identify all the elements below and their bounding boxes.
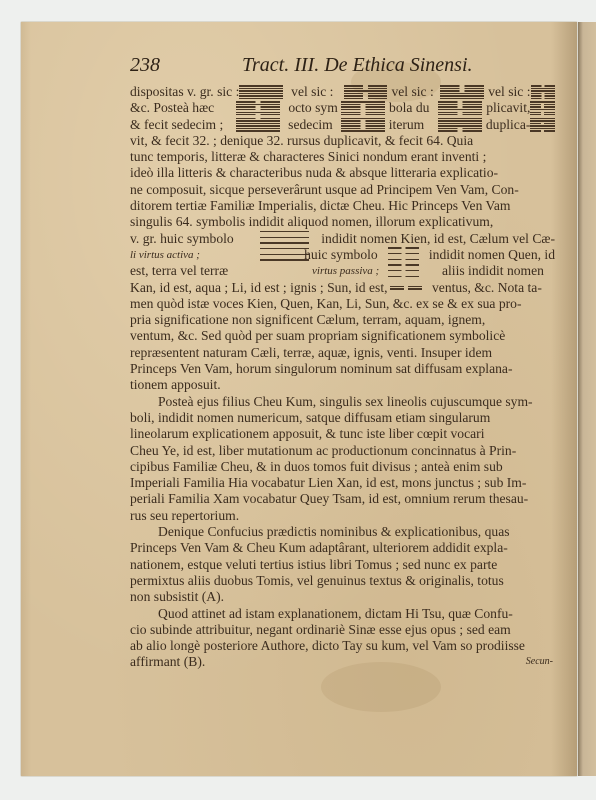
adjacent-page-edge [578,22,596,776]
text-line: cio subinde attribuitur, negant ordinari… [130,622,555,638]
symbol-row: &c. Posteà hæc octo sym bola du plicavit… [130,100,555,116]
paragraph-2: Posteà ejus filius Cheu Kum, singulis se… [130,394,555,524]
hexagram-icon [438,101,482,115]
text-cell: &c. Posteà hæc [130,100,236,116]
hexagram-icon [239,85,283,99]
quen-row: li virtus activa ; huic symbolo indidit … [130,247,555,263]
text-line: Imperiali Familia Hia vocabatur Lien Xan… [130,475,555,491]
hexagram-icon [531,85,556,99]
text-row: Kan, id est, aqua ; Li, id est ; ignis ;… [130,280,555,296]
text-line: Denique Confucius prædictis nominibus & … [130,524,555,540]
paragraph-3: Denique Confucius prædictis nominibus & … [130,524,555,605]
text-line: cipibus Familiæ Cheu, & in duos tomos fu… [130,459,555,475]
hexagram-icon [236,118,280,132]
text-line: ab alio longè posteriore Authore, dicto … [130,638,555,654]
text-line: periali Familia Xam vocabatur Quey Tsam,… [130,491,555,507]
text-line: Quod attinet ad istam explanationem, dic… [130,606,555,622]
text-cell: Kan, id est, aqua ; Li, id est ; ignis ;… [130,280,390,296]
text-line: tunc temporis, litteræ & characteres Sin… [130,149,555,165]
hexagram-icon [341,101,385,115]
text-cell: huic symbolo [304,247,388,263]
kien-row: v. gr. huic symbolo indidit nomen Kien, … [130,231,555,247]
text-cell: octo sym [280,100,341,116]
text-line: men quòd istæ voces Kien, Quen, Kan, Li,… [130,296,555,312]
hexagram-icon [530,118,555,132]
text-cell: est, terra vel terræ [130,263,312,279]
text-line: singulis 64. symbolis indidit aliquod no… [130,214,555,230]
text-line: Princeps Ven Vam & Cheu Kum adaptârant, … [130,540,555,556]
hexagram-icon [341,118,385,132]
text-cell: dispositas v. gr. sic : [130,84,239,100]
text-cell: indidit nomen Kien, id est, Cælum vel Cæ… [309,231,555,247]
symbol-row: dispositas v. gr. sic : vel sic : vel si… [130,84,555,100]
text-line: tionem apposuit. [130,377,555,393]
catchword: Secun- [526,654,553,670]
text-cell: iterum [385,117,438,133]
paragraph-4: Quod attinet ad istam explanationem, dic… [130,606,555,671]
hexagram-icon [438,118,482,132]
text-line: repræsentent naturam Cæli, terræ, aquæ, … [130,345,555,361]
text-line: pria significatione non significent Cælu… [130,312,555,328]
text-line: ditorem tertiæ Familiæ Imperialis, dictæ… [130,198,555,214]
hexagram-icon [344,85,388,99]
hexagram-icon [530,101,555,115]
running-title: Tract. III. De Ethica Sinensi. [242,54,473,77]
text-line: Cheu Ye, id est, liber mutationum ac pro… [130,443,555,459]
text-line: rus seu repertorium. [130,508,555,524]
text-cell: vel sic : [387,84,440,100]
hexagram-icon [236,101,280,115]
text-line: Posteà ejus filius Cheu Kum, singulis se… [130,394,555,410]
page-number: 238 [130,54,160,77]
text-cell: plicavit, [482,100,530,116]
page-header: 238 Tract. III. De Ethica Sinensi. [130,54,555,80]
symbol-row: & fecit sedecim ; sedecim iterum duplica… [130,117,555,133]
text-row: est, terra vel terræ virtus passiva ; al… [130,263,555,279]
text-line: permixtus aliis duobus Tomis, vel genuin… [130,573,555,589]
text-line: non subsistit (A). [130,589,555,605]
text-fragment: affirmant (B). [130,654,205,669]
text-line: boli, indidit nomen numericum, satque di… [130,410,555,426]
text-cell: vel sic : [283,84,344,100]
text-cell: sedecim [280,117,341,133]
text-cell: ventus, &c. Nota ta- [422,280,542,296]
text-line: Princeps Ven Vam, horum singulorum nomin… [130,361,555,377]
text-cell: & fecit sedecim ; [130,117,236,133]
text-cell: duplica- [482,117,531,133]
page-text: 238 Tract. III. De Ethica Sinensi. dispo… [130,54,555,671]
text-cell: indidit nomen Quen, id [419,247,555,263]
text-line: nationem, estque veluti tertius istius l… [130,557,555,573]
text-cell: vel sic : [484,84,530,100]
text-cell: bola du [385,100,438,116]
text-line: vit, & fecit 32. ; denique 32. rursus du… [130,133,555,149]
text-line: ideò illa litteris & characteribus nuda … [130,165,555,181]
text-line: affirmant (B). Secun- [130,654,555,670]
hexagram-icon [440,85,484,99]
text-cell: li virtus activa ; [130,247,304,263]
text-line: lineolarum explicationem apposuit, & tun… [130,426,555,442]
text-cell: v. gr. huic symbolo [130,231,260,247]
paragraph-1: vit, & fecit 32. ; denique 32. rursus du… [130,133,555,394]
text-line: ne composuit, sicque perseverârunt usque… [130,182,555,198]
hexagram-sun-icon [390,286,422,290]
text-cell: aliis indidit nomen [432,263,544,279]
symbol-block: dispositas v. gr. sic : vel sic : vel si… [130,84,555,133]
text-cell: virtus passiva ; [312,263,432,279]
text-line: ventum, &c. Sed quòd per suam propriam s… [130,328,555,344]
